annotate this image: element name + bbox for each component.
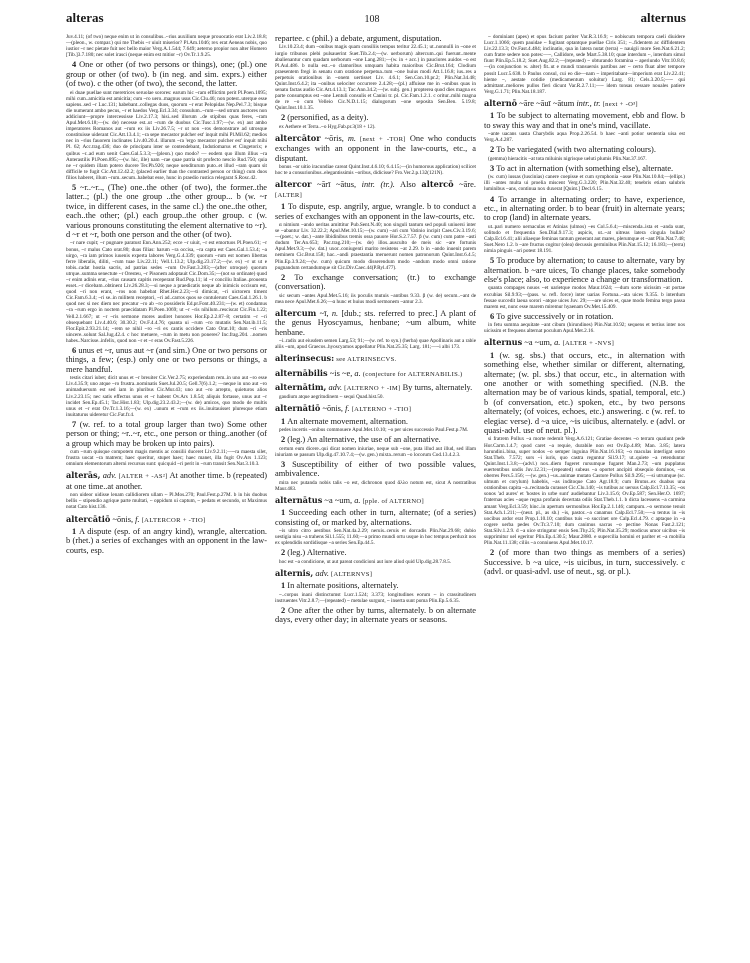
sense-1: 1 To dispute, esp. angrily, argue, wrang… xyxy=(275,202,476,221)
citation-block: in fetu summa aequitate ~ant cibum (hiru… xyxy=(484,322,685,334)
citation-block: certum eum dicere..qui dicat nomen iniur… xyxy=(275,446,476,458)
entry-altercor: altercor ~ārī ~ātus, intr. (tr.). Also a… xyxy=(275,180,476,200)
citation-block: cum ~rum quisque compotem magis mentis a… xyxy=(66,449,267,467)
right-guide-word: alternus xyxy=(640,10,686,26)
column-right: ~ dominiant (apes) et opus faciunt parit… xyxy=(484,34,685,577)
citation-block: si fratrem Pollux ~a morte redemit Verg.… xyxy=(484,436,685,546)
entry-alternatio: alternātiō ~ōnis, f. [ALTERNO + -TIO] xyxy=(275,404,476,414)
citation-block: (gemma) hieracitis ~at tota miluinis nig… xyxy=(484,156,685,162)
sense-1: 1 In alternate positions, alternately. xyxy=(275,581,476,590)
sense-3: 3 Susceptibility of either of two possib… xyxy=(275,460,476,479)
headword: alterās, xyxy=(66,470,101,480)
citation-block: quanta compages nouos ~et uarietque modo… xyxy=(484,285,685,309)
headword: alternātus xyxy=(275,495,322,505)
column-middle: repartee. c (phil.) a debate, argument, … xyxy=(275,34,476,626)
sense-4: 4 One or other (of two persons or things… xyxy=(66,60,267,88)
citation-block: α nimium ~ando ueritas amittitur Pub.Sen… xyxy=(275,222,476,271)
sense-5: 5 ~r..~r.., (The) one..the other (of two… xyxy=(66,183,267,239)
page-number: 108 xyxy=(365,14,380,25)
citation-block: ut..pari numero uernaculas et Atinias (u… xyxy=(484,224,685,254)
sense-continuation: repartee. c (phil.) a debate, argument, … xyxy=(275,34,476,43)
entry-altercator: altercātor ~ōris, m. [next + -TOR] One w… xyxy=(275,134,476,163)
entry-altercum: altercum ~ī, n. [dub.; sts. referred to … xyxy=(275,309,476,337)
entry-alternis: alternis, adv. [ALTERNVS] xyxy=(275,569,476,579)
sense-3: 3 To act in alternation (with something … xyxy=(484,164,685,173)
headword: altercātor xyxy=(275,133,321,143)
headword: alternus xyxy=(484,337,522,347)
sense-2: 2 One after the other by turns, alternat… xyxy=(275,606,476,625)
sense-2: 2 To exchange conversation; (tr.) to exc… xyxy=(275,273,476,292)
entry-alternatim: alternātim, adv. [ALTERNO + -IM] By turn… xyxy=(275,383,476,393)
entry-altercatio: altercātiō ~ōnis, f. [ALTERCOR + -TIO] xyxy=(66,515,267,525)
citation-block: (w. cum) iussas (luscinias) canere coepi… xyxy=(484,174,685,192)
headword: alternātim, xyxy=(275,382,326,392)
headword: alternis, xyxy=(275,568,313,578)
page-header: alteras 108 alternus xyxy=(66,10,686,26)
sense-2: 2 (personified, as a deity). xyxy=(275,113,476,122)
citation-block: ~ante uacans uasta Charybdis aqua Prop.2… xyxy=(484,131,685,143)
entry-alterno: alternō ~āre ~āuī ~ātum intr., tr. [next… xyxy=(484,99,685,109)
citation-block: ~ dominiant (apes) et opus faciunt parit… xyxy=(484,34,685,95)
sense-1: 1 To be subject to alternating movement,… xyxy=(484,111,685,130)
citation-block: gaudium atque aegritudinem ~ sequi Quad.… xyxy=(275,394,476,400)
headword: altercātiō xyxy=(66,514,110,524)
headword: altercum xyxy=(275,308,316,318)
column-left: Juv.4.11; (of two) neque enim ut in cons… xyxy=(66,34,267,556)
sense-1: 1 An alternate movement, alternation. xyxy=(275,417,476,426)
sense-2: 2 To be variegated (with two alternating… xyxy=(484,145,685,154)
citation-block: ~i..radix aut eiusdem semen Larg.53; 91;… xyxy=(275,338,476,350)
entry-alterinsecus: alterinsecus: see ALTRINSECVS. xyxy=(275,354,476,364)
citation-block: ~is ultro citro aestibus Sen.Nat.4a.2.29… xyxy=(275,528,476,546)
headword: alternātiō xyxy=(275,403,320,413)
headword: alternō xyxy=(484,98,517,108)
sense-1: 1 (w. sg. sbs.) that occurs, etc., in al… xyxy=(484,351,685,436)
citation-block: bonus ~or uitio iracundiae careat Quint.… xyxy=(275,164,476,176)
sense-6: 6 unus et ~r, unus aut ~r (and sim.) One… xyxy=(66,346,267,374)
citation-block: Juv.4.11; (of two) neque enim ut in cons… xyxy=(66,34,267,58)
sense-4: 4 To arrange in alternating order; to ha… xyxy=(484,195,685,223)
sense-2: 2 (leg.) An alternative, the use of an a… xyxy=(275,435,476,444)
headword: alternābilis xyxy=(275,368,328,378)
citation-block: sic secum ~antes Apul.Met.5.16; iis pocu… xyxy=(275,293,476,305)
citation-block: testis citari iubet; dicit unus et ~r br… xyxy=(66,375,267,418)
entry-alteras: alterās, adv. [ALTER + -AS²] At another … xyxy=(66,471,267,491)
entry-alternatus: alternātus ~a ~um, a. [pple. of ALTERNO] xyxy=(275,496,476,506)
citation-block: non uideor uidisse lenam callidiorem ull… xyxy=(66,492,267,510)
sense-7: 7 (w. ref. to a total group larger than … xyxy=(66,420,267,448)
sense-1: 1 A dispute (esp. of an angry kind), wra… xyxy=(66,527,267,555)
citation-block: ~..corpus inani distinctumst Lucr.1.524;… xyxy=(275,592,476,604)
citation-block: Liv.10.23.4; dum ~onibus magis quam cons… xyxy=(275,44,476,111)
headword: altercor xyxy=(275,179,311,189)
citation-block: ei duae puellae sunt meretrices seruolae… xyxy=(66,90,267,181)
sense-1: 1 Succeeding each other in turn, alterna… xyxy=(275,508,476,527)
citation-block: pedes incertis ~onibus commouere Apul.Me… xyxy=(275,427,476,433)
sense-2: 2 (of more than two things as members of… xyxy=(484,548,685,576)
headword: alterinsecus: xyxy=(275,353,334,363)
citation-block: ex Aethere et Terra..~o Hyg.Fab.pr.3(18 … xyxy=(275,124,476,130)
sense-5: 5 To produce by alternation; to cause to… xyxy=(484,256,685,284)
entry-alternabilis: alternābilis ~is ~e, a. (conjecture for … xyxy=(275,369,476,379)
citation-block: mira nec putanda nobis talis ~o est, dic… xyxy=(275,480,476,492)
entry-alternus: alternus ~a ~um, a. [ALTER + -NVS] xyxy=(484,338,685,348)
sense-2: 2 (leg.) Alternative. xyxy=(275,548,476,557)
left-guide-word: alteras xyxy=(66,10,104,26)
sense-6: 6 To give successively or in rotation. xyxy=(484,312,685,321)
citation-block: ~r nare cupit; ~r pugnare paratust Enn.A… xyxy=(66,240,267,344)
citation-block: hoc est ~a condicione, ut aut pareat con… xyxy=(275,559,476,565)
